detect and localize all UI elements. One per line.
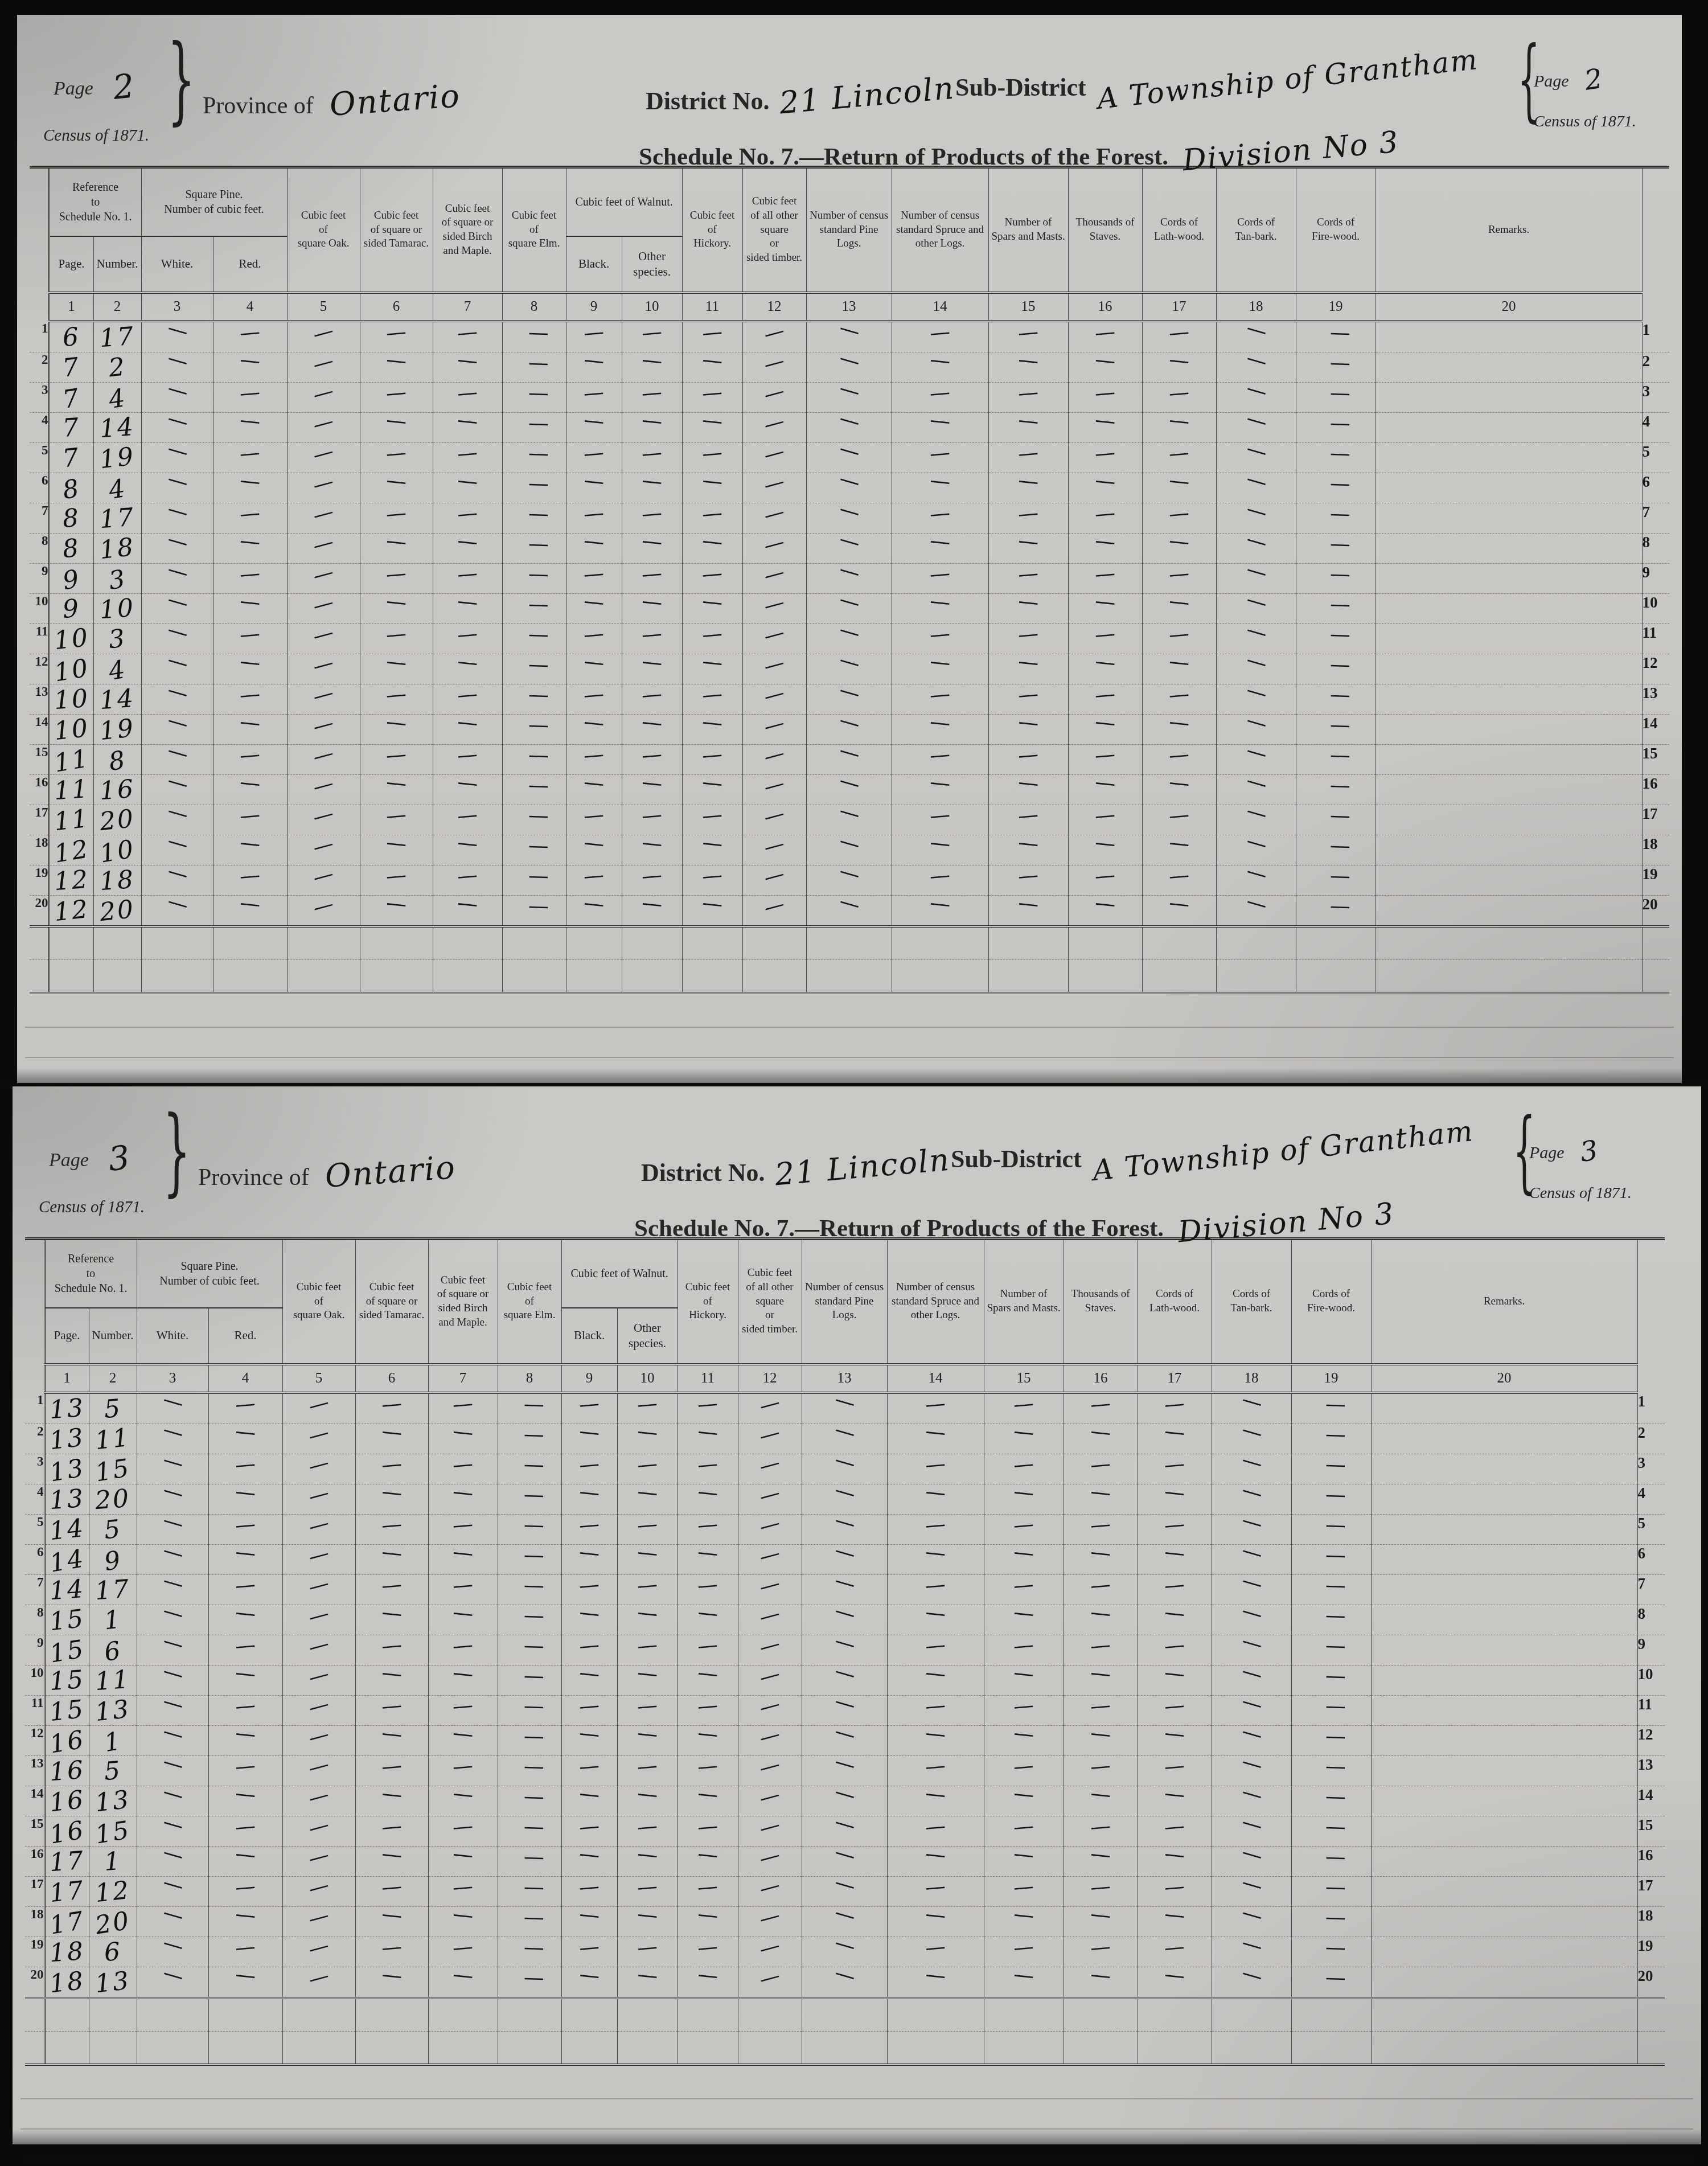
nil-dash: — (642, 754, 662, 756)
nil-cell: — (1138, 1907, 1212, 1937)
nil-dash: — (580, 1975, 600, 1977)
nil-dash: — (840, 780, 860, 786)
ledger-continuation-lines (25, 998, 1674, 1094)
nil-dash: — (240, 754, 260, 756)
nil-cell: — (892, 413, 988, 443)
nil-cell (208, 2032, 282, 2065)
nil-dash: — (1330, 756, 1350, 756)
nil-dash: — (168, 448, 188, 454)
nil-dash: — (925, 1404, 946, 1405)
nil-cell: — (433, 413, 502, 443)
nil-dash: — (1169, 332, 1189, 334)
nil-cell: — (682, 715, 742, 745)
handwritten-number: 1 (102, 1605, 123, 1635)
nil-cell: — (433, 534, 502, 564)
page-ref-cell: 17 (44, 1877, 89, 1907)
nil-cell: — (287, 473, 360, 503)
nil-dash: — (702, 634, 722, 635)
nil-dash: — (168, 690, 188, 695)
row-number-right: 5 (1642, 443, 1669, 473)
nil-cell: — (1068, 443, 1142, 473)
nil-dash: — (524, 1465, 544, 1466)
nil-dash: — (387, 843, 407, 845)
row-number-right: 12 (1637, 1726, 1665, 1756)
nil-dash: — (1019, 420, 1039, 422)
row-number-text: 15 (1643, 745, 1658, 762)
nil-dash: — (309, 1613, 329, 1618)
nil-cell: — (1068, 413, 1142, 443)
nil-cell: — (984, 1605, 1064, 1635)
nil-cell (137, 2032, 208, 2065)
column-number: 17 (1142, 293, 1216, 321)
nil-cell: — (428, 1484, 498, 1515)
nil-dash: — (240, 420, 261, 422)
nil-cell (1291, 2032, 1371, 2065)
nil-cell: — (988, 443, 1068, 473)
nil-cell: — (1138, 1696, 1212, 1726)
nil-dash: — (698, 1492, 718, 1494)
nil-cell: — (892, 805, 988, 835)
nil-dash: — (309, 1673, 329, 1679)
nil-cell: — (1142, 503, 1216, 534)
nil-cell (1138, 1998, 1212, 2032)
nil-cell: — (1142, 594, 1216, 624)
nil-dash: — (381, 1886, 402, 1888)
nil-cell: — (282, 1967, 355, 1999)
page-ref-cell: 12 (49, 865, 93, 896)
nil-dash: — (457, 513, 478, 515)
nil-cell (988, 926, 1068, 960)
nil-cell: — (502, 443, 566, 473)
row-number-text: 5 (1643, 443, 1650, 460)
nil-cell: — (988, 896, 1068, 927)
nil-cell: — (738, 1907, 802, 1937)
nil-cell (360, 960, 433, 994)
nil-cell: — (355, 1877, 428, 1907)
nil-cell: — (566, 896, 622, 927)
page-ref-cell: 17 (44, 1847, 89, 1877)
row-number-text: 7 (37, 1575, 44, 1589)
row-number-text: 2 (1638, 1424, 1646, 1441)
column-header-pine-logs: Number of census standard Pine Logs. (802, 1239, 887, 1365)
division-value-handwritten: Division No 3 (1181, 125, 1400, 178)
column-header-elm: Cubic feet of square Elm. (498, 1239, 561, 1365)
nil-cell: — (738, 1847, 802, 1877)
nil-cell: — (1064, 1484, 1138, 1515)
remarks-cell (1371, 1393, 1637, 1424)
row-number-left: 1 (25, 1393, 44, 1424)
nil-dash: — (697, 1464, 718, 1466)
nil-dash: — (760, 1673, 780, 1679)
nil-dash: — (1242, 1550, 1262, 1556)
nil-cell: — (208, 1786, 282, 1816)
nil-cell: — (428, 1454, 498, 1484)
nil-cell: — (1138, 1816, 1212, 1847)
row-number-text: 2 (37, 1424, 44, 1438)
nil-dash: — (1242, 1640, 1262, 1646)
nil-dash: — (386, 634, 407, 635)
row-number-text: 12 (1643, 654, 1658, 671)
handwritten-page-ref: 10 (53, 683, 90, 715)
nil-cell: — (498, 1635, 561, 1665)
nil-cell (802, 1998, 887, 2032)
nil-dash: — (381, 1404, 402, 1405)
page-ref-cell (49, 926, 93, 960)
row-number-right: 15 (1637, 1816, 1665, 1847)
nil-dash: — (528, 363, 549, 364)
nil-cell: — (1064, 1393, 1138, 1424)
nil-dash: — (236, 1733, 256, 1736)
nil-cell: — (498, 1726, 561, 1756)
nil-dash: — (1013, 1585, 1034, 1586)
handwritten-page-ref: 17 (47, 1906, 87, 1940)
nil-cell: — (617, 1907, 678, 1937)
row-number-right: 4 (1642, 413, 1669, 443)
nil-cell: — (892, 594, 988, 624)
row-number-text: 16 (35, 775, 48, 789)
nil-cell: — (892, 383, 988, 413)
nil-cell: — (282, 1937, 355, 1967)
nil-cell: — (1291, 1575, 1371, 1605)
nil-cell: — (1068, 534, 1142, 564)
nil-cell: — (887, 1515, 984, 1545)
nil-dash: — (930, 694, 950, 696)
nil-cell: — (1142, 564, 1216, 594)
nil-cell: — (738, 1696, 802, 1726)
column-number: 5 (282, 1364, 355, 1393)
row-number-text: 4 (1638, 1484, 1646, 1502)
nil-cell: — (213, 321, 287, 352)
nil-cell: — (1064, 1605, 1138, 1635)
schedule-number-cell: 2 (93, 352, 141, 383)
remarks-cell (1371, 1907, 1637, 1937)
nil-dash: — (1095, 541, 1116, 543)
nil-cell: — (1138, 1575, 1212, 1605)
nil-dash: — (1165, 1733, 1185, 1736)
nil-cell: — (887, 1393, 984, 1424)
nil-dash: — (168, 539, 188, 544)
column-header-page: Page. (49, 236, 93, 293)
nil-cell: — (678, 1484, 738, 1515)
nil-dash: — (457, 634, 478, 635)
nil-dash: — (235, 1524, 256, 1526)
nil-cell: — (360, 684, 433, 715)
nil-dash: — (1165, 1613, 1185, 1615)
nil-dash: — (697, 1886, 718, 1888)
row-number-text: 16 (1643, 775, 1658, 792)
nil-cell: — (360, 654, 433, 684)
handwritten-page-ref: 15 (48, 1603, 86, 1636)
nil-cell: — (682, 413, 742, 443)
nil-cell: — (428, 1696, 498, 1726)
row-number-text: 7 (1638, 1575, 1646, 1592)
nil-dash: — (1164, 1464, 1185, 1466)
nil-dash: — (163, 1972, 183, 1978)
nil-dash: — (387, 662, 407, 664)
nil-dash: — (579, 1886, 600, 1888)
nil-cell: — (282, 1726, 355, 1756)
nil-cell: — (208, 1454, 282, 1484)
nil-cell: — (742, 473, 806, 503)
row-number-left: 6 (30, 473, 49, 503)
row-number-left: 20 (30, 896, 49, 927)
remarks-cell (1376, 865, 1642, 896)
nil-cell: — (678, 1424, 738, 1454)
nil-dash: — (1095, 782, 1116, 785)
remarks-cell (1371, 1816, 1637, 1847)
nil-cell: — (287, 654, 360, 684)
schedule-number-cell: 13 (89, 1696, 137, 1726)
nil-cell: — (433, 473, 502, 503)
nil-dash: — (697, 1645, 718, 1647)
nil-dash: — (1330, 333, 1350, 334)
nil-dash: — (703, 843, 723, 845)
nil-cell: — (887, 1454, 984, 1484)
nil-dash: — (1325, 1616, 1346, 1617)
row-number-text: 15 (35, 745, 48, 759)
nil-cell: — (984, 1726, 1064, 1756)
schedule-number-cell: 11 (89, 1665, 137, 1696)
nil-dash: — (457, 332, 478, 334)
page-number-handwritten: 3 (107, 1138, 133, 1179)
nil-cell: — (1138, 1635, 1212, 1665)
nil-cell: — (742, 413, 806, 443)
nil-cell: — (682, 805, 742, 835)
nil-dash: — (584, 541, 605, 543)
schedule-number-cell: 10 (93, 594, 141, 624)
nil-cell: — (282, 1393, 355, 1424)
nil-dash: — (1013, 1947, 1034, 1948)
nil-cell: — (1142, 624, 1216, 654)
row-number-text: 6 (1643, 473, 1650, 490)
nil-dash: — (584, 903, 605, 905)
nil-dash: — (1095, 875, 1115, 877)
nil-dash: — (1247, 388, 1267, 393)
nil-dash: — (1095, 843, 1116, 845)
nil-cell: — (738, 1515, 802, 1545)
division-value-handwritten: Division No 3 (1176, 1197, 1395, 1250)
nil-dash: — (528, 725, 549, 726)
nil-dash: — (453, 1404, 473, 1405)
row-number-text: 8 (42, 534, 48, 548)
nil-dash: — (925, 1524, 946, 1526)
nil-dash: — (1325, 1435, 1346, 1435)
row-number-right: 20 (1642, 896, 1669, 927)
column-header-lath-wood: Cords of Lath-wood. (1142, 167, 1216, 293)
nil-cell: — (1138, 1937, 1212, 1967)
schedule-number-cell: 4 (93, 383, 141, 413)
row-number-text: 18 (1643, 835, 1658, 852)
nil-dash: — (1169, 481, 1190, 483)
nil-dash: — (702, 754, 722, 756)
nil-dash: — (1325, 1525, 1346, 1526)
nil-cell: — (1291, 1726, 1371, 1756)
nil-dash: — (1242, 1671, 1262, 1676)
nil-cell: — (1291, 1515, 1371, 1545)
column-header-hickory: Cubic feet of Hickory. (678, 1239, 738, 1365)
nil-dash: — (840, 478, 860, 484)
schedule-number-cell (89, 1998, 137, 2032)
nil-cell (141, 960, 213, 994)
nil-cell: — (502, 503, 566, 534)
nil-cell: — (892, 321, 988, 352)
handwritten-number: 20 (98, 803, 137, 836)
nil-cell: — (1296, 624, 1376, 654)
nil-cell: — (988, 383, 1068, 413)
nil-dash: — (930, 843, 951, 845)
nil-cell: — (887, 1847, 984, 1877)
nil-cell: — (1142, 805, 1216, 835)
nil-cell: — (566, 624, 622, 654)
nil-cell: — (566, 383, 622, 413)
handwritten-number: 14 (98, 683, 136, 715)
column-number: 2 (93, 293, 141, 321)
nil-cell: — (428, 1726, 498, 1756)
remarks-cell (1371, 1756, 1637, 1786)
nil-cell (1064, 2032, 1138, 2065)
nil-cell: — (738, 1484, 802, 1515)
nil-cell: — (887, 1665, 984, 1696)
column-header-staves: Thousands of Staves. (1064, 1239, 1138, 1365)
nil-dash: — (309, 1704, 329, 1709)
nil-dash: — (642, 662, 663, 664)
remarks-cell (1371, 1696, 1637, 1726)
nil-dash: — (1325, 1737, 1346, 1737)
nil-cell: — (984, 1665, 1064, 1696)
nil-cell: — (1296, 865, 1376, 896)
nil-cell: — (498, 1484, 561, 1515)
row-number-right: 5 (1637, 1515, 1665, 1545)
nil-cell: — (1068, 896, 1142, 927)
nil-cell: — (617, 1847, 678, 1877)
handwritten-page-ref: 7 (61, 383, 83, 414)
nil-dash: — (642, 541, 663, 543)
nil-cell: — (622, 805, 682, 835)
row-number-text: 5 (37, 1515, 44, 1529)
nil-dash: — (236, 1975, 256, 1977)
nil-dash: — (458, 722, 478, 724)
nil-cell (738, 1998, 802, 2032)
nil-cell: — (1068, 745, 1142, 775)
nil-cell: — (1291, 1847, 1371, 1877)
nil-cell: — (502, 805, 566, 835)
nil-cell: — (988, 835, 1068, 865)
nil-dash: — (840, 508, 860, 514)
nil-dash: — (168, 569, 188, 575)
nil-cell (213, 926, 287, 960)
nil-cell: — (208, 1605, 282, 1635)
handwritten-page-ref: 13 (48, 1483, 85, 1515)
nil-dash: — (580, 1794, 600, 1796)
handwritten-number: 8 (106, 745, 129, 776)
subdistrict-value-handwritten: A Township of Grantham (1095, 43, 1480, 116)
nil-dash: — (235, 1404, 256, 1405)
nil-dash: — (314, 541, 334, 547)
row-number-right: 12 (1642, 654, 1669, 684)
nil-dash: — (584, 694, 604, 696)
nil-cell: — (498, 1786, 561, 1816)
nil-dash: — (580, 1854, 600, 1856)
nil-cell: — (1291, 1786, 1371, 1816)
schedule-number-cell: 11 (89, 1424, 137, 1454)
row-number-left: 13 (25, 1756, 44, 1786)
row-number-right: 13 (1637, 1756, 1665, 1786)
nil-cell: — (622, 835, 682, 865)
nil-dash: — (703, 722, 723, 724)
handwritten-page-ref: 16 (48, 1755, 85, 1786)
nil-cell: — (428, 1575, 498, 1605)
nil-dash: — (1169, 815, 1189, 817)
nil-dash: — (760, 1704, 780, 1709)
nil-dash: — (1242, 1912, 1262, 1918)
row-number-right: 4 (1637, 1484, 1665, 1515)
nil-cell: — (502, 715, 566, 745)
nil-dash: — (926, 1733, 946, 1736)
nil-cell: — (282, 1424, 355, 1454)
nil-dash: — (1165, 1854, 1185, 1856)
column-header-page: Page. (44, 1308, 89, 1364)
nil-cell: — (213, 835, 287, 865)
nil-dash: — (1014, 1914, 1034, 1917)
nil-cell: — (498, 1605, 561, 1635)
nil-cell: — (617, 1635, 678, 1665)
nil-dash: — (1091, 1854, 1111, 1856)
nil-dash: — (930, 513, 950, 515)
page-label: Page (49, 1150, 89, 1171)
nil-dash: — (584, 360, 605, 362)
schedule-number-cell: 19 (93, 443, 141, 473)
nil-cell: — (1068, 383, 1142, 413)
nil-dash: — (637, 1524, 658, 1526)
nil-dash: — (765, 481, 785, 486)
nil-cell: — (742, 383, 806, 413)
handwritten-page-ref: 18 (48, 1936, 85, 1967)
page-ref-cell: 8 (49, 503, 93, 534)
nil-cell: — (682, 835, 742, 865)
nil-dash: — (1164, 1404, 1185, 1405)
nil-cell: — (287, 352, 360, 383)
nil-cell: — (282, 1605, 355, 1635)
nil-cell: — (1064, 1545, 1138, 1575)
nil-dash: — (524, 1706, 544, 1707)
nil-cell: — (1068, 715, 1142, 745)
row-number-right (1642, 926, 1669, 960)
nil-dash: — (1247, 599, 1267, 605)
nil-dash: — (1169, 875, 1189, 877)
handwritten-number: 13 (94, 1966, 132, 1998)
row-number-text: 1 (37, 1393, 44, 1407)
nil-dash: — (835, 1520, 855, 1525)
nil-dash: — (235, 1886, 256, 1888)
row-number-left: 15 (25, 1816, 44, 1847)
nil-dash: — (453, 1645, 473, 1647)
remarks-cell (1376, 624, 1642, 654)
nil-cell: — (1068, 321, 1142, 352)
schedule-number-cell: 14 (93, 684, 141, 715)
nil-cell: — (1064, 1575, 1138, 1605)
nil-cell: — (1142, 684, 1216, 715)
nil-dash: — (1247, 871, 1267, 876)
nil-dash: — (1330, 363, 1350, 364)
nil-cell: — (1296, 594, 1376, 624)
province-block: Province of Ontario (203, 84, 461, 121)
row-number-left: 13 (30, 684, 49, 715)
nil-dash: — (314, 391, 334, 396)
handwritten-page-ref: 7 (61, 352, 81, 383)
nil-dash: — (698, 1552, 718, 1554)
nil-cell: — (141, 896, 213, 927)
nil-dash: — (579, 1404, 600, 1405)
